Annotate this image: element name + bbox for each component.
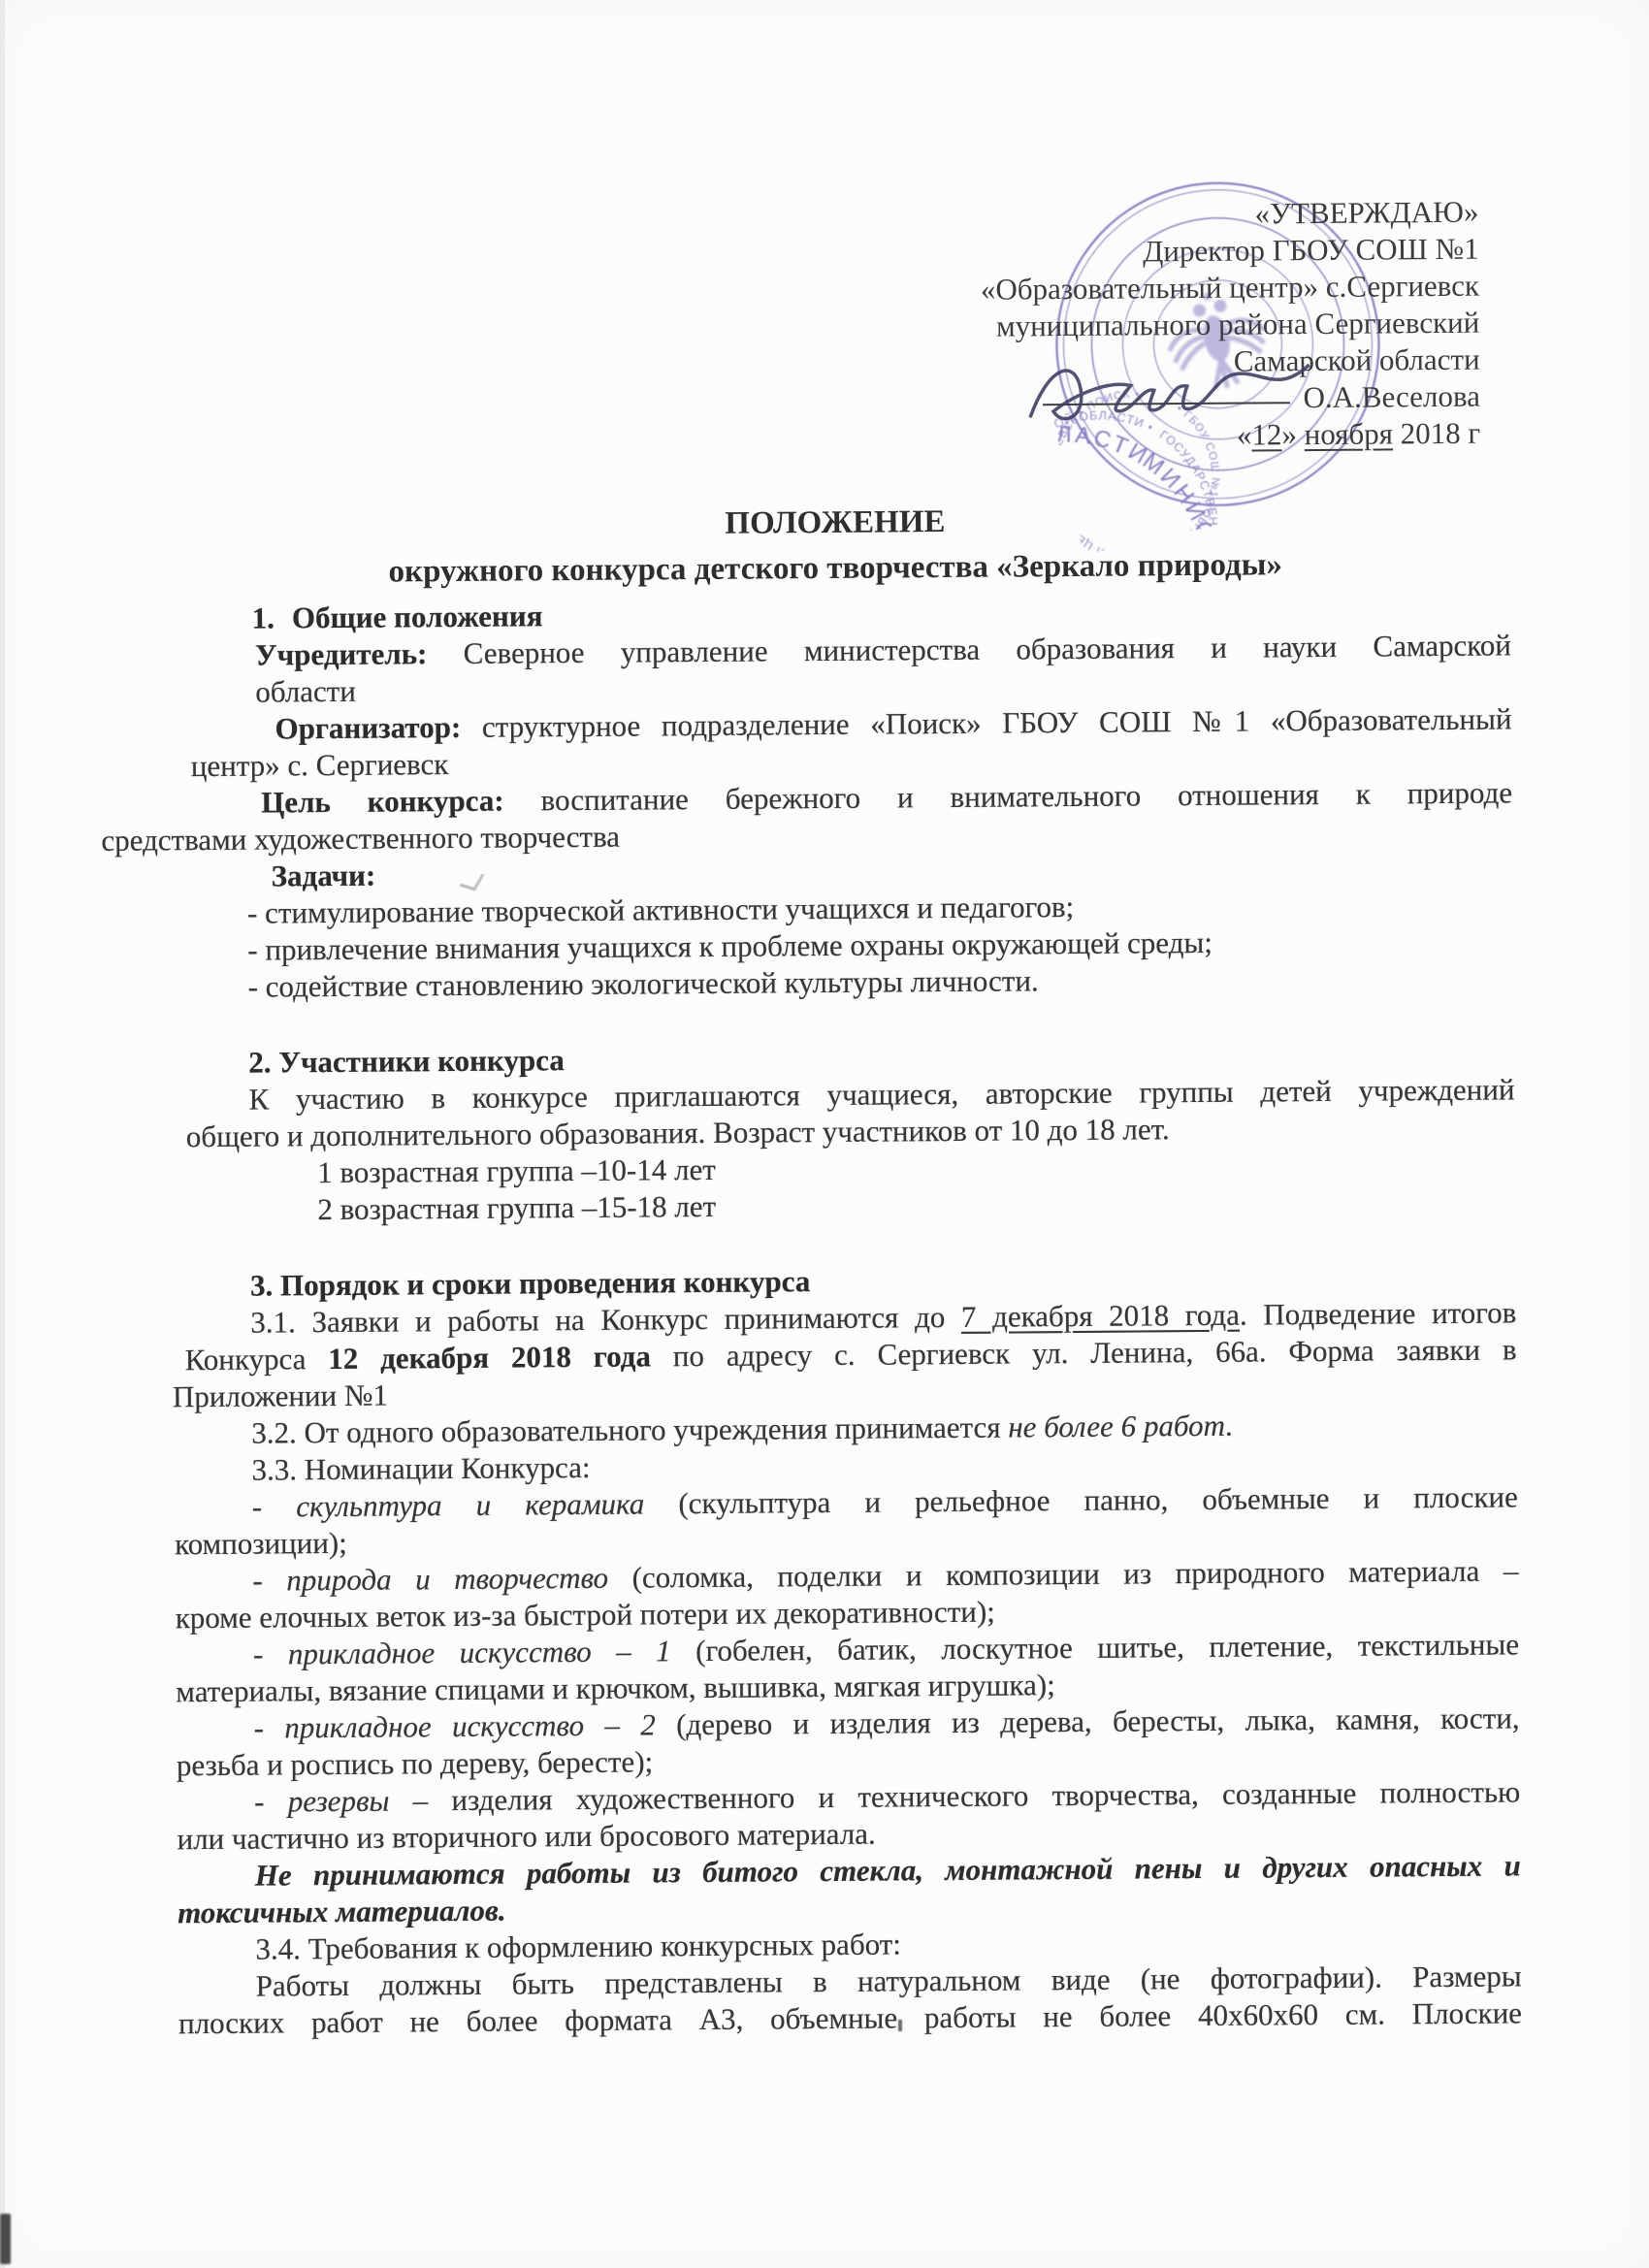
- date-year: 2018 г: [1393, 416, 1480, 451]
- approval-utverzhdayu: «УТВЕРЖДАЮ»: [877, 194, 1478, 236]
- nomination-2-name: природа и творчество: [286, 1561, 608, 1598]
- signature-name: О.А.Веселова: [1303, 379, 1480, 414]
- nomination-1-name: скульптура и керамика: [296, 1486, 644, 1523]
- scanned-document-page: МИНИСТЕРСТВО ОБРАЗОВАНИЯ И НАУКИ САМАРСК…: [0, 0, 1649, 2268]
- scan-edge-shading: [0, 0, 5, 2268]
- deadline-date: 7 декабря 2018 года: [961, 1298, 1240, 1334]
- approval-director: Директор ГБОУ СОШ №1: [878, 231, 1479, 273]
- goal-label: Цель конкурса:: [261, 784, 504, 820]
- nomination-5-name: резервы: [288, 1784, 390, 1819]
- scan-corner-artifact: [0, 2214, 11, 2264]
- scan-speck-artifact: [898, 2020, 902, 2031]
- founder-label: Учредитель:: [255, 636, 428, 671]
- handwritten-signature: [1021, 338, 1323, 446]
- document-body: 1.Общие положения Учредитель: Северное у…: [143, 590, 1522, 2042]
- document-title-block: ПОЛОЖЕНИЕ окружного конкурса детского тв…: [11, 494, 1649, 598]
- nomination-3-name: прикладное искусство – 1: [288, 1634, 671, 1670]
- results-date: 12 декабря 2018 года: [328, 1339, 651, 1376]
- works-limit: не более 6 работ: [1008, 1409, 1225, 1444]
- approval-org-name: «Образовательный центр» с.Сергиевск: [878, 268, 1479, 309]
- scan-content: МИНИСТЕРСТВО ОБРАЗОВАНИЯ И НАУКИ САМАРСК…: [0, 0, 1649, 2268]
- nomination-4-name: прикладное искусство – 2: [284, 1707, 656, 1744]
- organizer-label: Организатор:: [275, 710, 461, 746]
